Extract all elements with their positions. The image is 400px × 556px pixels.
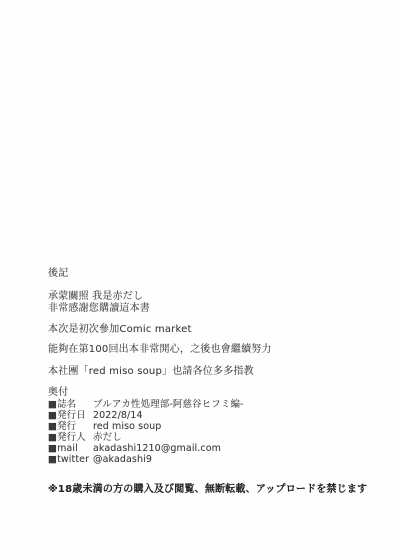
colophon-value-mail: akadashi1210@gmail.com bbox=[93, 443, 221, 454]
colophon-heading: 奥付 bbox=[48, 387, 68, 399]
afterword-line: 能夠在第100回出本非常開心，之後也會繼續努力 bbox=[48, 344, 272, 356]
afterword-line: 承蒙關照 我是赤だし bbox=[48, 291, 143, 303]
colophon-value-twitter: @akadashi9 bbox=[93, 454, 152, 465]
colophon-label-issuer: ■発行人 bbox=[48, 432, 93, 443]
doujin-afterword-page: 後記 承蒙關照 我是赤だし 非常感謝您購讀這本書 本次是初次參加Comic ma… bbox=[0, 0, 400, 556]
colophon-label-mail: ■mail bbox=[48, 443, 93, 454]
colophon-label-twitter: ■twitter bbox=[48, 454, 93, 465]
colophon-value-publisher: red miso soup bbox=[93, 421, 161, 432]
colophon-row: ■発行人 赤だし bbox=[48, 432, 122, 443]
colophon-value-issuer: 赤だし bbox=[93, 432, 122, 443]
colophon-row: ■mail akadashi1210@gmail.com bbox=[48, 443, 221, 454]
afterword-line: 本次是初次參加Comic market bbox=[48, 324, 192, 336]
colophon-label-publisher: ■発行 bbox=[48, 421, 93, 432]
colophon-value-title: ブルアカ性処理部-阿慈谷ヒフミ編- bbox=[93, 399, 244, 410]
afterword-line: 非常感謝您購讀這本書 bbox=[48, 303, 150, 315]
colophon-row: ■twitter @akadashi9 bbox=[48, 454, 152, 465]
colophon-row: ■誌名 ブルアカ性処理部-阿慈谷ヒフミ編- bbox=[48, 399, 244, 410]
colophon-row: ■発行 red miso soup bbox=[48, 421, 161, 432]
colophon-label-title: ■誌名 bbox=[48, 399, 93, 410]
afterword-heading: 後記 bbox=[48, 268, 68, 280]
colophon-label-publish-date: ■発行日 bbox=[48, 410, 93, 421]
colophon-row: ■発行日 2022/8/14 bbox=[48, 410, 143, 421]
afterword-line: 本社團「red miso soup」也請各位多多指教 bbox=[48, 366, 254, 378]
colophon-value-publish-date: 2022/8/14 bbox=[93, 410, 143, 421]
age-restriction-disclaimer: ※18歳未満の方の購入及び閲覧、無断転載、アップロードを禁じます bbox=[48, 480, 367, 495]
